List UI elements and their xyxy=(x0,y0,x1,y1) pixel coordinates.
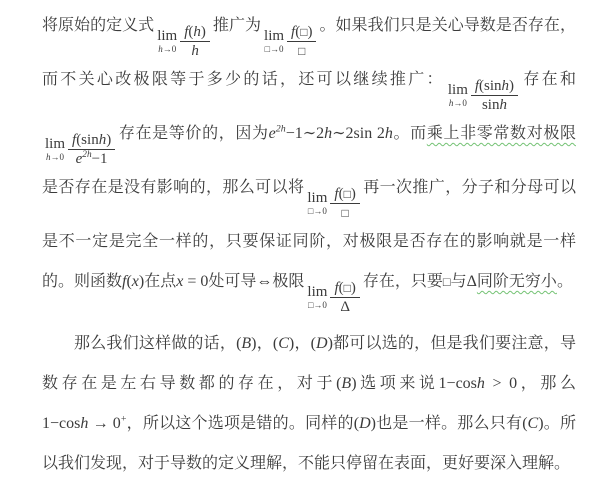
inline-math: ⇔ xyxy=(256,273,272,290)
fraction: f(sinh)e2h−1 xyxy=(68,131,115,168)
math-token: B xyxy=(241,335,251,352)
math-token: 1−cos xyxy=(439,375,477,392)
limit-fraction-formula: lim□→0f(□)□ xyxy=(307,185,359,222)
text-run: 。而 xyxy=(393,125,427,142)
inline-math: 1−cosh → 0+ xyxy=(42,415,126,432)
fraction: f(□)□ xyxy=(330,185,359,222)
lim-word: lim xyxy=(45,137,65,152)
inline-math: (D) xyxy=(354,415,376,432)
inline-math: (C) xyxy=(522,415,543,432)
math-token: h xyxy=(191,43,199,59)
text-run: 处可导 xyxy=(208,273,256,290)
limit-subscript: □→0 xyxy=(265,45,284,54)
lim-word: lim xyxy=(157,29,177,44)
fraction-numerator: f(□) xyxy=(287,23,316,42)
limit-subscript: h→0 xyxy=(158,45,176,54)
math-token: □ xyxy=(341,206,348,220)
limit-operator: limh→0 xyxy=(45,137,65,162)
math-token: h xyxy=(499,97,507,113)
text-run: 也是一样。那么只有 xyxy=(376,415,522,432)
inline-math: f(x) xyxy=(122,273,144,290)
spellcheck-squiggle-text: 同阶无穷小 xyxy=(477,273,557,290)
math-token: 2h xyxy=(276,124,286,135)
inline-math: Δ xyxy=(467,273,477,290)
limit-subscript: h→0 xyxy=(46,153,64,162)
limit-operator: lim□→0 xyxy=(307,191,327,216)
math-token: = 0 xyxy=(183,273,208,290)
text-run: ，所以这个选项是错的。同样的 xyxy=(126,415,353,432)
text-run: 存在是等价的，因为 xyxy=(118,125,268,142)
math-token: −1 xyxy=(92,151,108,167)
math-token: ⇔ xyxy=(256,273,272,290)
text-run: ，那么 xyxy=(517,375,576,392)
math-token: ∼2sin 2 xyxy=(332,125,385,142)
fraction-denominator: h xyxy=(187,42,203,60)
fraction: f(h)h xyxy=(180,23,210,60)
math-token: →0 xyxy=(453,98,467,108)
limit-operator: lim□→0 xyxy=(307,285,327,310)
limit-subscript: □→0 xyxy=(308,207,327,216)
inline-math: (B) xyxy=(236,335,256,352)
inline-math: (D) xyxy=(311,335,333,352)
limit-operator: limh→0 xyxy=(157,29,177,54)
math-token: h xyxy=(502,78,510,94)
math-token: C xyxy=(528,415,539,432)
math-token: h xyxy=(385,125,393,142)
math-token: □ xyxy=(344,281,351,295)
lim-word: lim xyxy=(448,83,468,98)
fraction-denominator: sinh xyxy=(478,96,511,114)
fraction: f(□)□ xyxy=(287,23,316,60)
math-token: Δ xyxy=(340,299,350,315)
text-run: 存在和 xyxy=(521,71,576,88)
math-token: h xyxy=(477,375,485,392)
math-token: −1∼2 xyxy=(286,125,324,142)
math-token: □ xyxy=(443,275,451,289)
document-body: 将原始的定义式limh→0f(h)h推广为lim□→0f(□)□。如果我们只是关… xyxy=(0,0,612,484)
fraction: f(□)Δ xyxy=(330,279,359,316)
text-run: 在点 xyxy=(144,273,176,290)
fraction-denominator: □ xyxy=(294,42,309,60)
math-token: ) xyxy=(351,280,356,296)
limit-fraction-formula: lim□→0f(□)Δ xyxy=(307,279,359,316)
text-run: 。 xyxy=(557,273,573,290)
math-token: ) xyxy=(201,24,206,40)
fraction-numerator: f(h) xyxy=(180,23,210,42)
limit-subscript: h→0 xyxy=(449,99,467,108)
math-token: Δ xyxy=(467,273,477,290)
paragraph-answer-discussion: 那么我们这样做的话，(B)，(C)，(D)都可以选的，但是我们要注意，导数存在是… xyxy=(42,324,576,484)
text-run: ， xyxy=(257,335,273,352)
text-run: 将原始的定义式 xyxy=(42,17,154,34)
math-token: →0 xyxy=(270,44,284,54)
text-run: 选项来说 xyxy=(357,375,439,392)
limit-subscript: □→0 xyxy=(308,301,327,310)
inline-math: x = 0 xyxy=(176,273,208,290)
inline-math: (C) xyxy=(273,335,294,352)
fraction-denominator: Δ xyxy=(336,298,354,316)
math-token: D xyxy=(316,335,328,352)
fraction-numerator: f(sinh) xyxy=(471,77,518,96)
math-token: □ xyxy=(298,44,305,58)
math-token: B xyxy=(341,375,351,392)
math-token: → 0 xyxy=(88,415,120,432)
inline-math: e2h−1∼2h∼2sin 2h xyxy=(269,125,393,142)
math-token: x xyxy=(132,273,139,290)
limit-fraction-formula: limh→0f(h)h xyxy=(157,23,210,60)
limit-fraction-formula: limh→0f(sinh)e2h−1 xyxy=(45,131,115,168)
math-token: h xyxy=(193,24,201,40)
inline-math: (B) xyxy=(336,375,356,392)
inline-math: □ xyxy=(443,273,451,290)
math-token: →0 xyxy=(313,300,327,310)
math-token: →0 xyxy=(51,152,65,162)
text-run: 那么我们这样做的话， xyxy=(74,335,236,352)
limit-fraction-formula: lim□→0f(□)□ xyxy=(264,23,316,60)
math-token: > 0 xyxy=(485,375,517,392)
math-token: ) xyxy=(106,132,111,148)
math-token: D xyxy=(359,415,371,432)
spellcheck-squiggle-text: 乘上非零常数对极限 xyxy=(427,125,576,142)
math-token: h xyxy=(324,125,332,142)
math-token: (sin xyxy=(479,78,502,94)
limit-operator: limh→0 xyxy=(448,83,468,108)
fraction-numerator: f(□) xyxy=(330,185,359,204)
limit-fraction-formula: limh→0f(sinh)sinh xyxy=(448,77,518,114)
math-token: 1−cos xyxy=(42,415,80,432)
paragraph-derivative-generalization: 将原始的定义式limh→0f(h)h推广为lim□→0f(□)□。如果我们只是关… xyxy=(42,6,576,316)
lim-word: lim xyxy=(264,29,284,44)
fraction-numerator: f(sinh) xyxy=(68,131,115,150)
text-run: ， xyxy=(294,335,310,352)
math-token: 2h xyxy=(82,150,91,160)
math-token: C xyxy=(278,335,289,352)
text-run: 推广为 xyxy=(213,17,261,34)
math-token: ) xyxy=(509,78,514,94)
math-token: →0 xyxy=(163,44,177,54)
math-token: ) xyxy=(351,186,356,202)
fraction: f(sinh)sinh xyxy=(471,77,518,114)
text-run: 与 xyxy=(451,273,467,290)
math-token: e xyxy=(269,125,276,142)
inline-math: 1−cosh > 0 xyxy=(439,375,518,392)
fraction-denominator: □ xyxy=(337,204,352,222)
lim-word: lim xyxy=(307,191,327,206)
math-token: ) xyxy=(307,24,312,40)
math-token: (sin xyxy=(76,132,99,148)
fraction-denominator: e2h−1 xyxy=(72,150,112,168)
text-run: 是否存在是没有影响的，那么可以将 xyxy=(42,179,304,196)
lim-word: lim xyxy=(307,285,327,300)
text-run: 极限 xyxy=(272,273,304,290)
math-token: sin xyxy=(482,97,500,113)
fraction-numerator: f(□) xyxy=(330,279,359,298)
text-run: 存在，只要 xyxy=(363,273,443,290)
limit-operator: lim□→0 xyxy=(264,29,284,54)
math-token: □ xyxy=(344,187,351,201)
document-page: 将原始的定义式limh→0f(h)h推广为lim□→0f(□)□。如果我们只是关… xyxy=(0,0,612,503)
math-token: →0 xyxy=(313,206,327,216)
